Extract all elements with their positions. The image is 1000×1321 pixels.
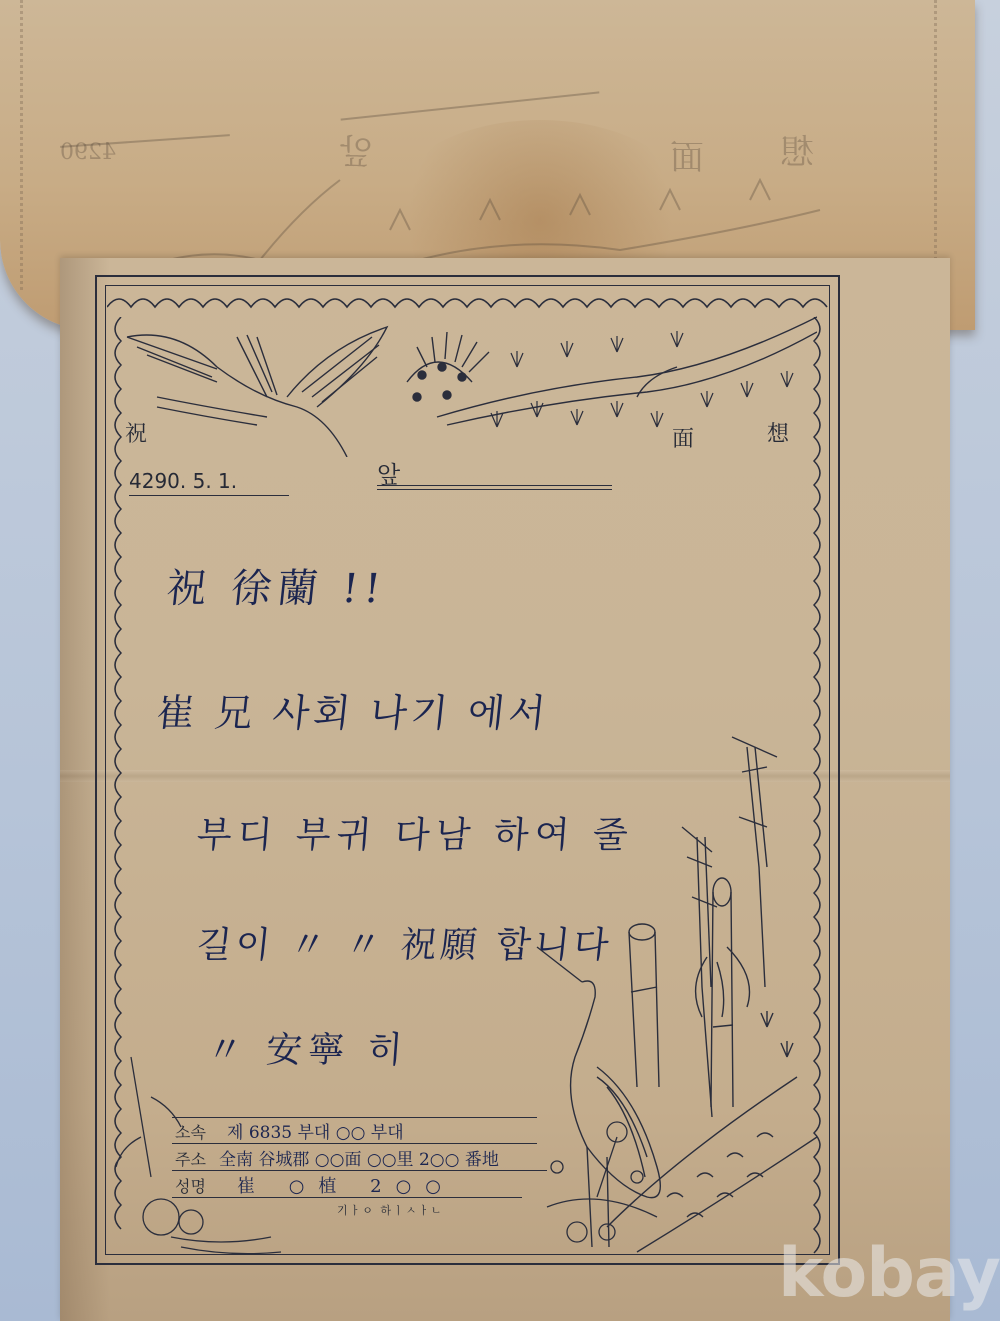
date-value: 4290. 5. 1. <box>129 469 237 493</box>
top-illustration-bird-sun-pine <box>117 307 817 457</box>
printer-mark: 기ㅏㅇ 하ㅣㅅㅏㄴ <box>337 1202 444 1218</box>
ghost-date: 4290 <box>60 140 116 165</box>
printed-frame: 祝 面 想 4290. 5. 1. 앞 祝 徐蘭 !! 崔 兄 사회 나기 에서… <box>95 275 840 1265</box>
recipient-underline <box>377 485 612 490</box>
plum-blossom-decoration <box>537 1107 687 1247</box>
header-label-congrats: 祝 <box>125 417 147 448</box>
ghost-label: 想 <box>780 125 814 174</box>
header-label-think: 想 <box>767 417 789 448</box>
letter-line-1: 祝 徐蘭 !! <box>164 557 390 614</box>
date-underline <box>129 495 289 496</box>
date-field: 4290. 5. 1. <box>129 469 237 493</box>
letter-line-2: 崔 兄 사회 나기 에서 <box>154 682 552 737</box>
floral-decoration <box>111 1037 291 1257</box>
kobay-watermark: kobay <box>778 1234 1000 1313</box>
header-label-face: 面 <box>672 422 694 453</box>
ghost-label: 앞 <box>340 125 373 174</box>
